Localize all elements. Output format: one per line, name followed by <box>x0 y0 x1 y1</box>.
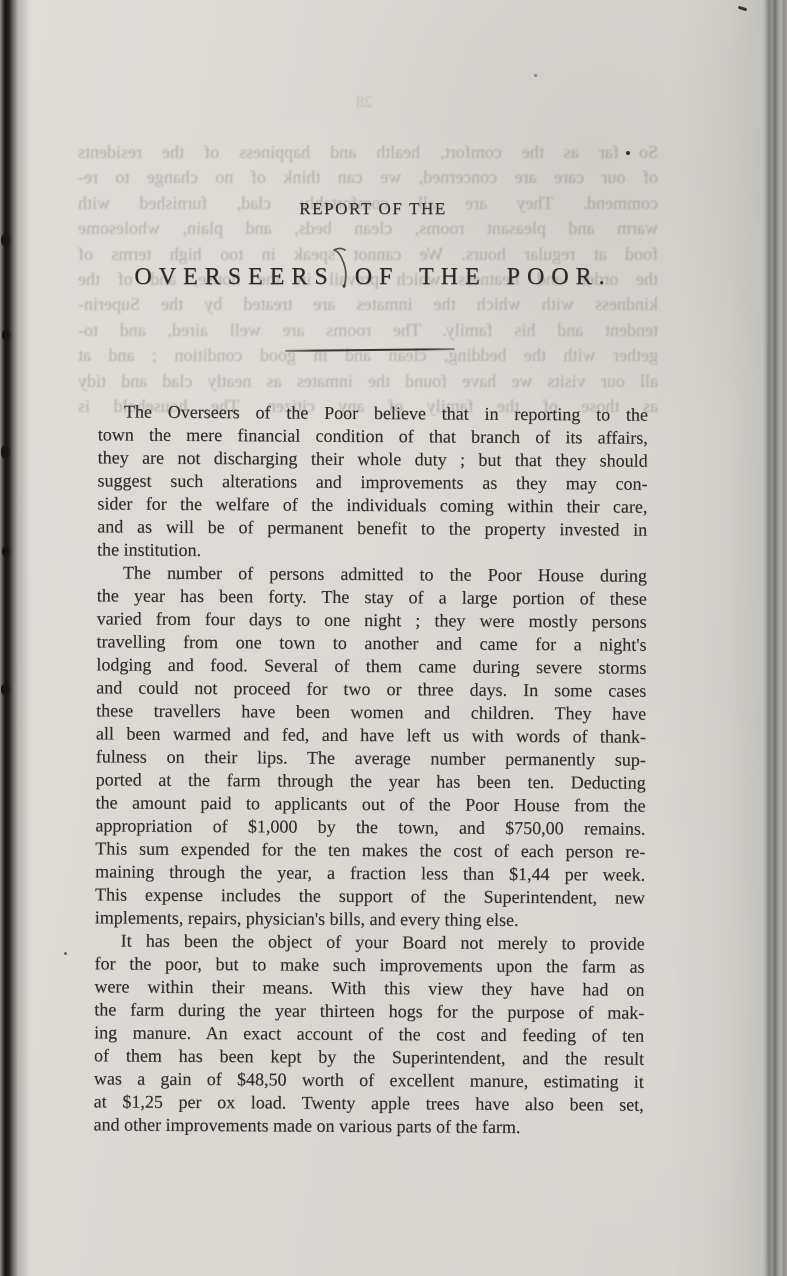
text-line: and could not proceed for two or three d… <box>96 676 646 702</box>
text-line: town the mere financial condition of tha… <box>98 423 648 449</box>
ink-speck <box>534 74 537 77</box>
binding-bump <box>1 443 11 461</box>
text-line: lodging and food. Several of them came d… <box>96 653 646 679</box>
paragraph: The Overseers of the Poor believe that i… <box>97 400 648 564</box>
text-line: the year has been forty. The stay of a l… <box>97 584 647 610</box>
text-line: was a gain of $48,50 worth of excellent … <box>94 1067 644 1093</box>
text-line: the amount paid to applicants out of the… <box>95 791 645 817</box>
text-line: It has been the object of your Board not… <box>95 929 645 955</box>
text-line: these travellers have been women and chi… <box>96 699 646 725</box>
page-edge-stack <box>763 0 787 1276</box>
text-line: suggest such alterations and improvement… <box>97 469 647 495</box>
text-line: fulness on their lips. The average numbe… <box>96 745 646 771</box>
text-line: at $1,25 per ox load. Twenty apple trees… <box>94 1090 644 1116</box>
text-line: ing manure. An exact account of the cost… <box>94 1021 644 1047</box>
text-line: the institution. <box>97 538 647 564</box>
paragraph: It has been the object of your Board not… <box>94 929 645 1139</box>
text-line: The number of persons admitted to the Po… <box>97 561 647 587</box>
right-edge-shading <box>673 0 763 1276</box>
bleedthrough-line: of our care are concerned, we can think … <box>78 165 658 190</box>
binding-bump <box>1 682 11 697</box>
report-header: REPORT OF THE <box>100 199 646 219</box>
text-line: they are not discharging their whole dut… <box>98 446 648 472</box>
text-line: maining through the year, a fraction les… <box>95 860 645 886</box>
text-line: This sum expended for the ten makes the … <box>95 837 645 863</box>
ink-squiggle-mark <box>330 241 354 289</box>
text-line: the farm during the year thirteen hogs f… <box>94 998 644 1024</box>
ink-speck <box>626 151 630 155</box>
text-line: implements, repairs, physician's bills, … <box>95 906 645 932</box>
text-line: varied from four days to one night ; the… <box>97 607 647 633</box>
bleedthrough-line: So far as the comfort, health and happin… <box>78 140 658 165</box>
bleedthrough-line: warm and pleasant rooms, clean beds, and… <box>78 216 658 241</box>
paragraph: The number of persons admitted to the Po… <box>95 561 647 932</box>
binding-bump <box>2 545 11 558</box>
text-line: all been warmed and fed, and have left u… <box>96 722 646 748</box>
text-line: appropriation of $1,000 by the town, and… <box>95 814 645 840</box>
bleedthrough-line: tendent and his family. The rooms are we… <box>78 318 658 343</box>
ink-speck <box>64 952 67 955</box>
text-line: ported at the farm through the year has … <box>96 768 646 794</box>
binding-bump <box>2 328 12 342</box>
text-line: and as will be of permanent benefit to t… <box>97 515 647 541</box>
text-line: of them has been kept by the Superintend… <box>94 1044 644 1070</box>
bleedthrough-line: kindness with which the inmates are trea… <box>78 292 658 317</box>
binding-bump <box>1 232 12 248</box>
text-line: The Overseers of the Poor believe that i… <box>98 400 648 426</box>
ink-speck <box>176 577 179 580</box>
bleedthrough-page-number: 28 <box>356 94 372 112</box>
text-line: This expense includes the support of the… <box>95 883 645 909</box>
text-line: travelling from one town to another and … <box>96 630 646 656</box>
text-line: were within their means. With this view … <box>94 975 644 1001</box>
text-line: and other improvements made on various p… <box>94 1113 644 1139</box>
body-text: The Overseers of the Poor believe that i… <box>94 400 648 1139</box>
scanned-page: 28 So far as the comfort, health and hap… <box>0 0 787 1276</box>
bleedthrough-line: gether with the bedding, clean and in go… <box>78 343 658 368</box>
text-line: for the poor, but to make such improveme… <box>94 952 644 978</box>
book-binding-edge <box>0 0 30 1276</box>
text-line: sider for the welfare of the individuals… <box>97 492 647 518</box>
bleedthrough-line: all our visits we have found the inmates… <box>78 369 658 394</box>
page-title: OVERSEERS OF THE POOR. <box>100 264 646 291</box>
